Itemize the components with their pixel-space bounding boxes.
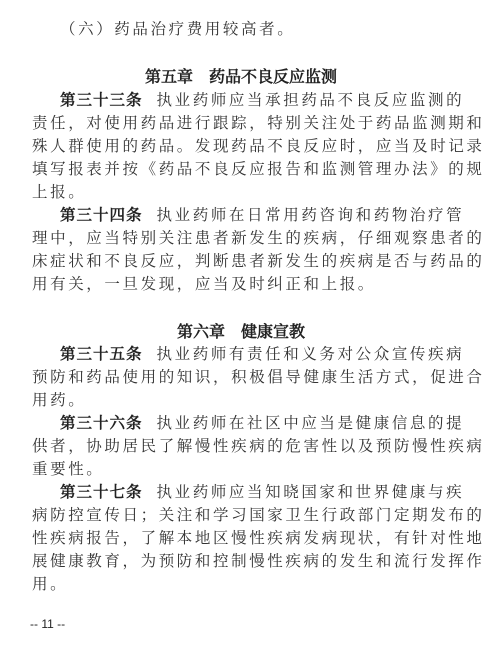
article-35-line: 用药。 bbox=[32, 389, 402, 412]
article-34-first-line: 第三十四条执业药师在日常用药咨询和药物治疗管 bbox=[32, 204, 402, 227]
article-37-text: 执业药师应当知晓国家和世界健康与疾 bbox=[157, 483, 465, 501]
article-37-line: 展健康教育，为预防和控制慢性疾病的发生和流行发挥作 bbox=[32, 550, 402, 573]
article-34-label: 第三十四条 bbox=[60, 206, 143, 224]
document-page: （六）药品治疗费用较高者。 第五章 药品不良反应监测 第三十三条执业药师应当承担… bbox=[0, 0, 482, 652]
article-34-text: 执业药师在日常用药咨询和药物治疗管 bbox=[157, 206, 465, 224]
article-37-label: 第三十七条 bbox=[60, 483, 143, 501]
article-36-line: 重要性。 bbox=[32, 458, 402, 481]
article-35-text: 执业药师有责任和义务对公众宣传疾病 bbox=[157, 345, 465, 363]
article-34-line: 用有关，一旦发现，应当及时纠正和上报。 bbox=[32, 273, 402, 296]
article-36-text: 执业药师在社区中应当是健康信息的提 bbox=[157, 414, 465, 432]
article-36-first-line: 第三十六条执业药师在社区中应当是健康信息的提 bbox=[32, 412, 402, 435]
article-36-line: 供者，协助居民了解慢性疾病的危害性以及预防慢性疾病的 bbox=[32, 435, 402, 458]
article-33-text: 执业药师应当承担药品不良反应监测的 bbox=[157, 91, 465, 109]
article-33-label: 第三十三条 bbox=[60, 91, 143, 109]
article-34-line: 床症状和不良反应，判断患者新发生的疾病是否与药品的使 bbox=[32, 250, 402, 273]
article-33-line: 填写报表并按《药品不良反应报告和监测管理办法》的规定 bbox=[32, 158, 402, 181]
chapter-6-title: 第六章 健康宣教 bbox=[0, 320, 482, 343]
chapter-5-title: 第五章 药品不良反应监测 bbox=[0, 65, 482, 88]
item-6: （六）药品治疗费用较高者。 bbox=[32, 18, 402, 41]
article-35-first-line: 第三十五条执业药师有责任和义务对公众宣传疾病 bbox=[32, 343, 402, 366]
article-37-line: 用。 bbox=[32, 573, 402, 596]
page-number: -- 11 -- bbox=[30, 617, 65, 631]
article-36-label: 第三十六条 bbox=[60, 414, 143, 432]
article-37-first-line: 第三十七条执业药师应当知晓国家和世界健康与疾 bbox=[32, 481, 402, 504]
article-35-line: 预防和药品使用的知识，积极倡导健康生活方式，促进合理 bbox=[32, 366, 402, 389]
article-33-line: 殊人群使用的药品。发现药品不良反应时，应当及时记录、 bbox=[32, 135, 402, 158]
article-33-line: 责任，对使用药品进行跟踪，特别关注处于药品监测期和特 bbox=[32, 112, 402, 135]
article-37-line: 病防控宣传日；关注和学习国家卫生行政部门定期发布的慢 bbox=[32, 504, 402, 527]
article-33-first-line: 第三十三条执业药师应当承担药品不良反应监测的 bbox=[32, 89, 402, 112]
article-34-line: 理中，应当特别关注患者新发生的疾病，仔细观察患者的临 bbox=[32, 227, 402, 250]
article-33-line: 上报。 bbox=[32, 181, 402, 204]
article-35-label: 第三十五条 bbox=[60, 345, 143, 363]
article-37-line: 性疾病报告，了解本地区慢性疾病发病现状，有针对性地开 bbox=[32, 527, 402, 550]
